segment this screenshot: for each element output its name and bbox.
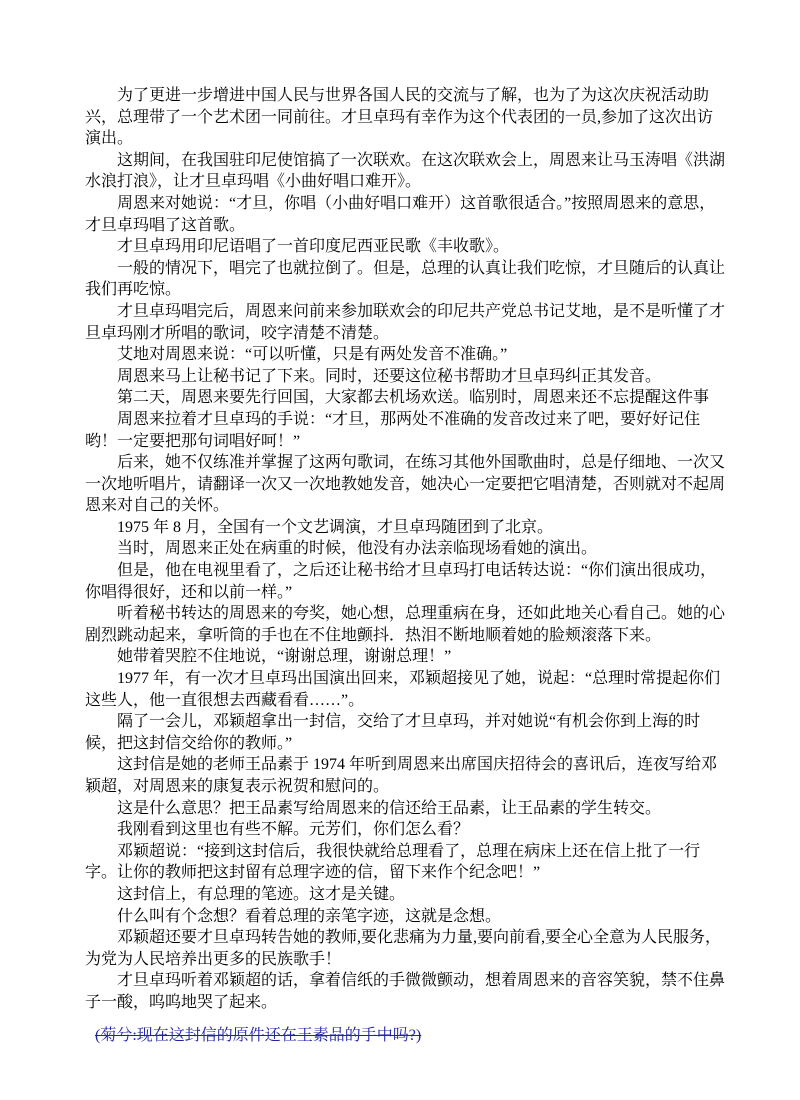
paragraph: 隔了一会儿，邓颖超拿出一封信，交给了才旦卓玛，并对她说“有机会你到上海的时候，把… [85, 711, 726, 754]
revision-comment: (菊兮:现在这封信的原件还在王素品的手中吗?) [85, 1025, 726, 1047]
paragraph: 周恩来对她说：“才旦，你唱（小曲好唱口难开）这首歌很适合。”按照周恩来的意思，才… [85, 193, 726, 236]
paragraph: 这是什么意思？把王品素写给周恩来的信还给王品素，让王品素的学生转交。 [85, 798, 726, 820]
paragraph: 第二天，周恩来要先行回国，大家都去机场欢送。临别时，周恩来还不忘提醒这件事 [85, 387, 726, 409]
paragraph: 我刚看到这里也有些不解。元芳们，你们怎么看？ [85, 819, 726, 841]
paragraph: 但是，他在电视里看了，之后还让秘书给才旦卓玛打电话转达说：“你们演出很成功，你唱… [85, 560, 726, 603]
paragraph: 艾地对周恩来说：“可以听懂，只是有两处发音不准确。” [85, 344, 726, 366]
paragraph: 才旦卓玛用印尼语唱了一首印度尼西亚民歌《丰收歌》。 [85, 236, 726, 258]
paragraph: 邓颖超还要才旦卓玛转告她的教师,要化悲痛为力量,要向前看,要全心全意为人民服务，… [85, 927, 726, 970]
paragraph: 1975 年 8 月，全国有一个文艺调演，才旦卓玛随团到了北京。 [85, 517, 726, 539]
paragraph: 周恩来拉着才旦卓玛的手说：“才旦，那两处不准确的发音改过来了吧，要好好记住哟！一… [85, 409, 726, 452]
paragraph: 这期间，在我国驻印尼使馆搞了一次联欢。在这次联欢会上，周恩来让马玉涛唱《洪湖水浪… [85, 150, 726, 193]
paragraph: 才旦卓玛唱完后，周恩来问前来参加联欢会的印尼共产党总书记艾地，是不是听懂了才旦卓… [85, 301, 726, 344]
paragraph: 她带着哭腔不住地说，“谢谢总理，谢谢总理！” [85, 646, 726, 668]
paragraph: 当时，周恩来正处在病重的时候，他没有办法亲临现场看她的演出。 [85, 538, 726, 560]
document-page: 为了更进一步增进中国人民与世界各国人民的交流与了解，也为了为这次庆祝活动助兴，总… [85, 85, 726, 1046]
paragraph: 为了更进一步增进中国人民与世界各国人民的交流与了解，也为了为这次庆祝活动助兴，总… [85, 85, 726, 150]
paragraph: 这封信上，有总理的笔迹。这才是关键。 [85, 884, 726, 906]
paragraph: 周恩来马上让秘书记了下来。同时，还要这位秘书帮助才旦卓玛纠正其发音。 [85, 366, 726, 388]
paragraph: 听着秘书转达的周恩来的夸奖，她心想，总理重病在身，还如此地关心看自己。她的心剧烈… [85, 603, 726, 646]
paragraph: 才旦卓玛听着邓颖超的话，拿着信纸的手微微颤动，想着周恩来的音容笑貌，禁不住鼻子一… [85, 970, 726, 1013]
paragraph: 什么叫有个念想？看着总理的亲笔字迹，这就是念想。 [85, 906, 726, 928]
paragraph: 一般的情况下，唱完了也就拉倒了。但是，总理的认真让我们吃惊，才旦随后的认真让我们… [85, 258, 726, 301]
paragraph: 1977 年，有一次才旦卓玛出国演出回来，邓颖超接见了她，说起：“总理时常提起你… [85, 668, 726, 711]
paragraph: 邓颖超说：“接到这封信后，我很快就给总理看了，总理在病床上还在信上批了一行字。让… [85, 841, 726, 884]
paragraph: 这封信是她的老师王品素于 1974 年听到周恩来出席国庆招待会的喜讯后，连夜写给… [85, 754, 726, 797]
body-text: 为了更进一步增进中国人民与世界各国人民的交流与了解，也为了为这次庆祝活动助兴，总… [85, 85, 726, 1014]
paragraph: 后来，她不仅练准并掌握了这两句歌词，在练习其他外国歌曲时，总是仔细地、一次又一次… [85, 452, 726, 517]
